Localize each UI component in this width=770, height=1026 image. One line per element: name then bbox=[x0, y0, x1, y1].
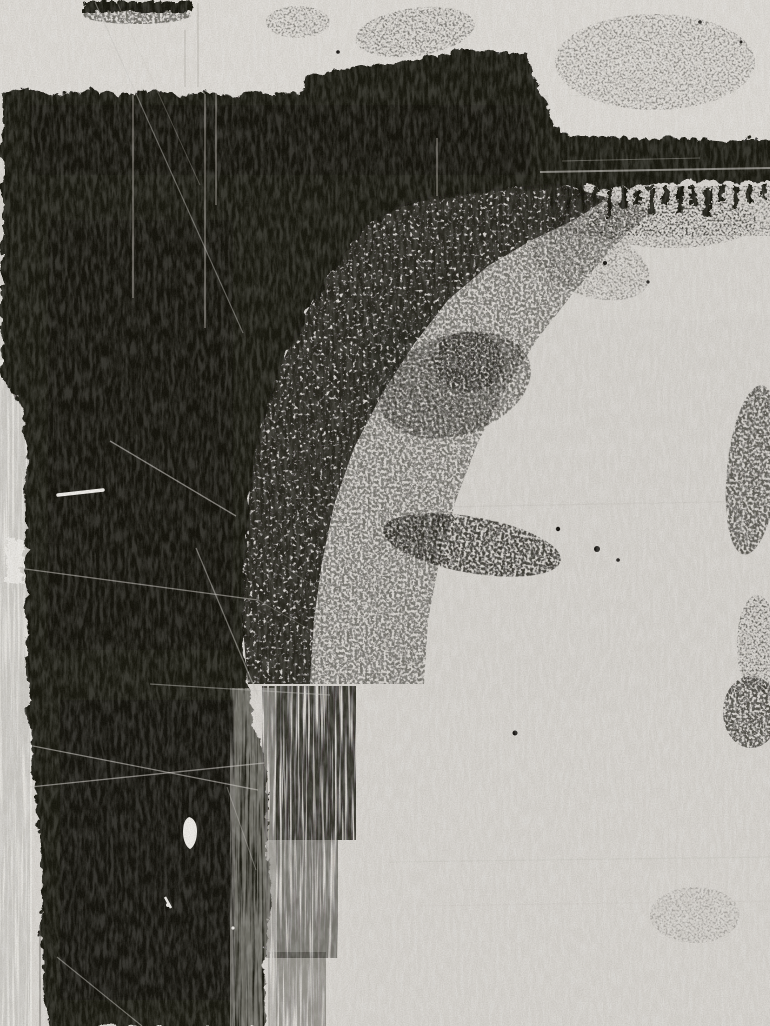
canvas-texture-overlay bbox=[0, 0, 770, 1026]
grain-texture bbox=[0, 0, 770, 1026]
abstract-painting bbox=[0, 0, 770, 1026]
painting-canvas bbox=[0, 0, 770, 1026]
